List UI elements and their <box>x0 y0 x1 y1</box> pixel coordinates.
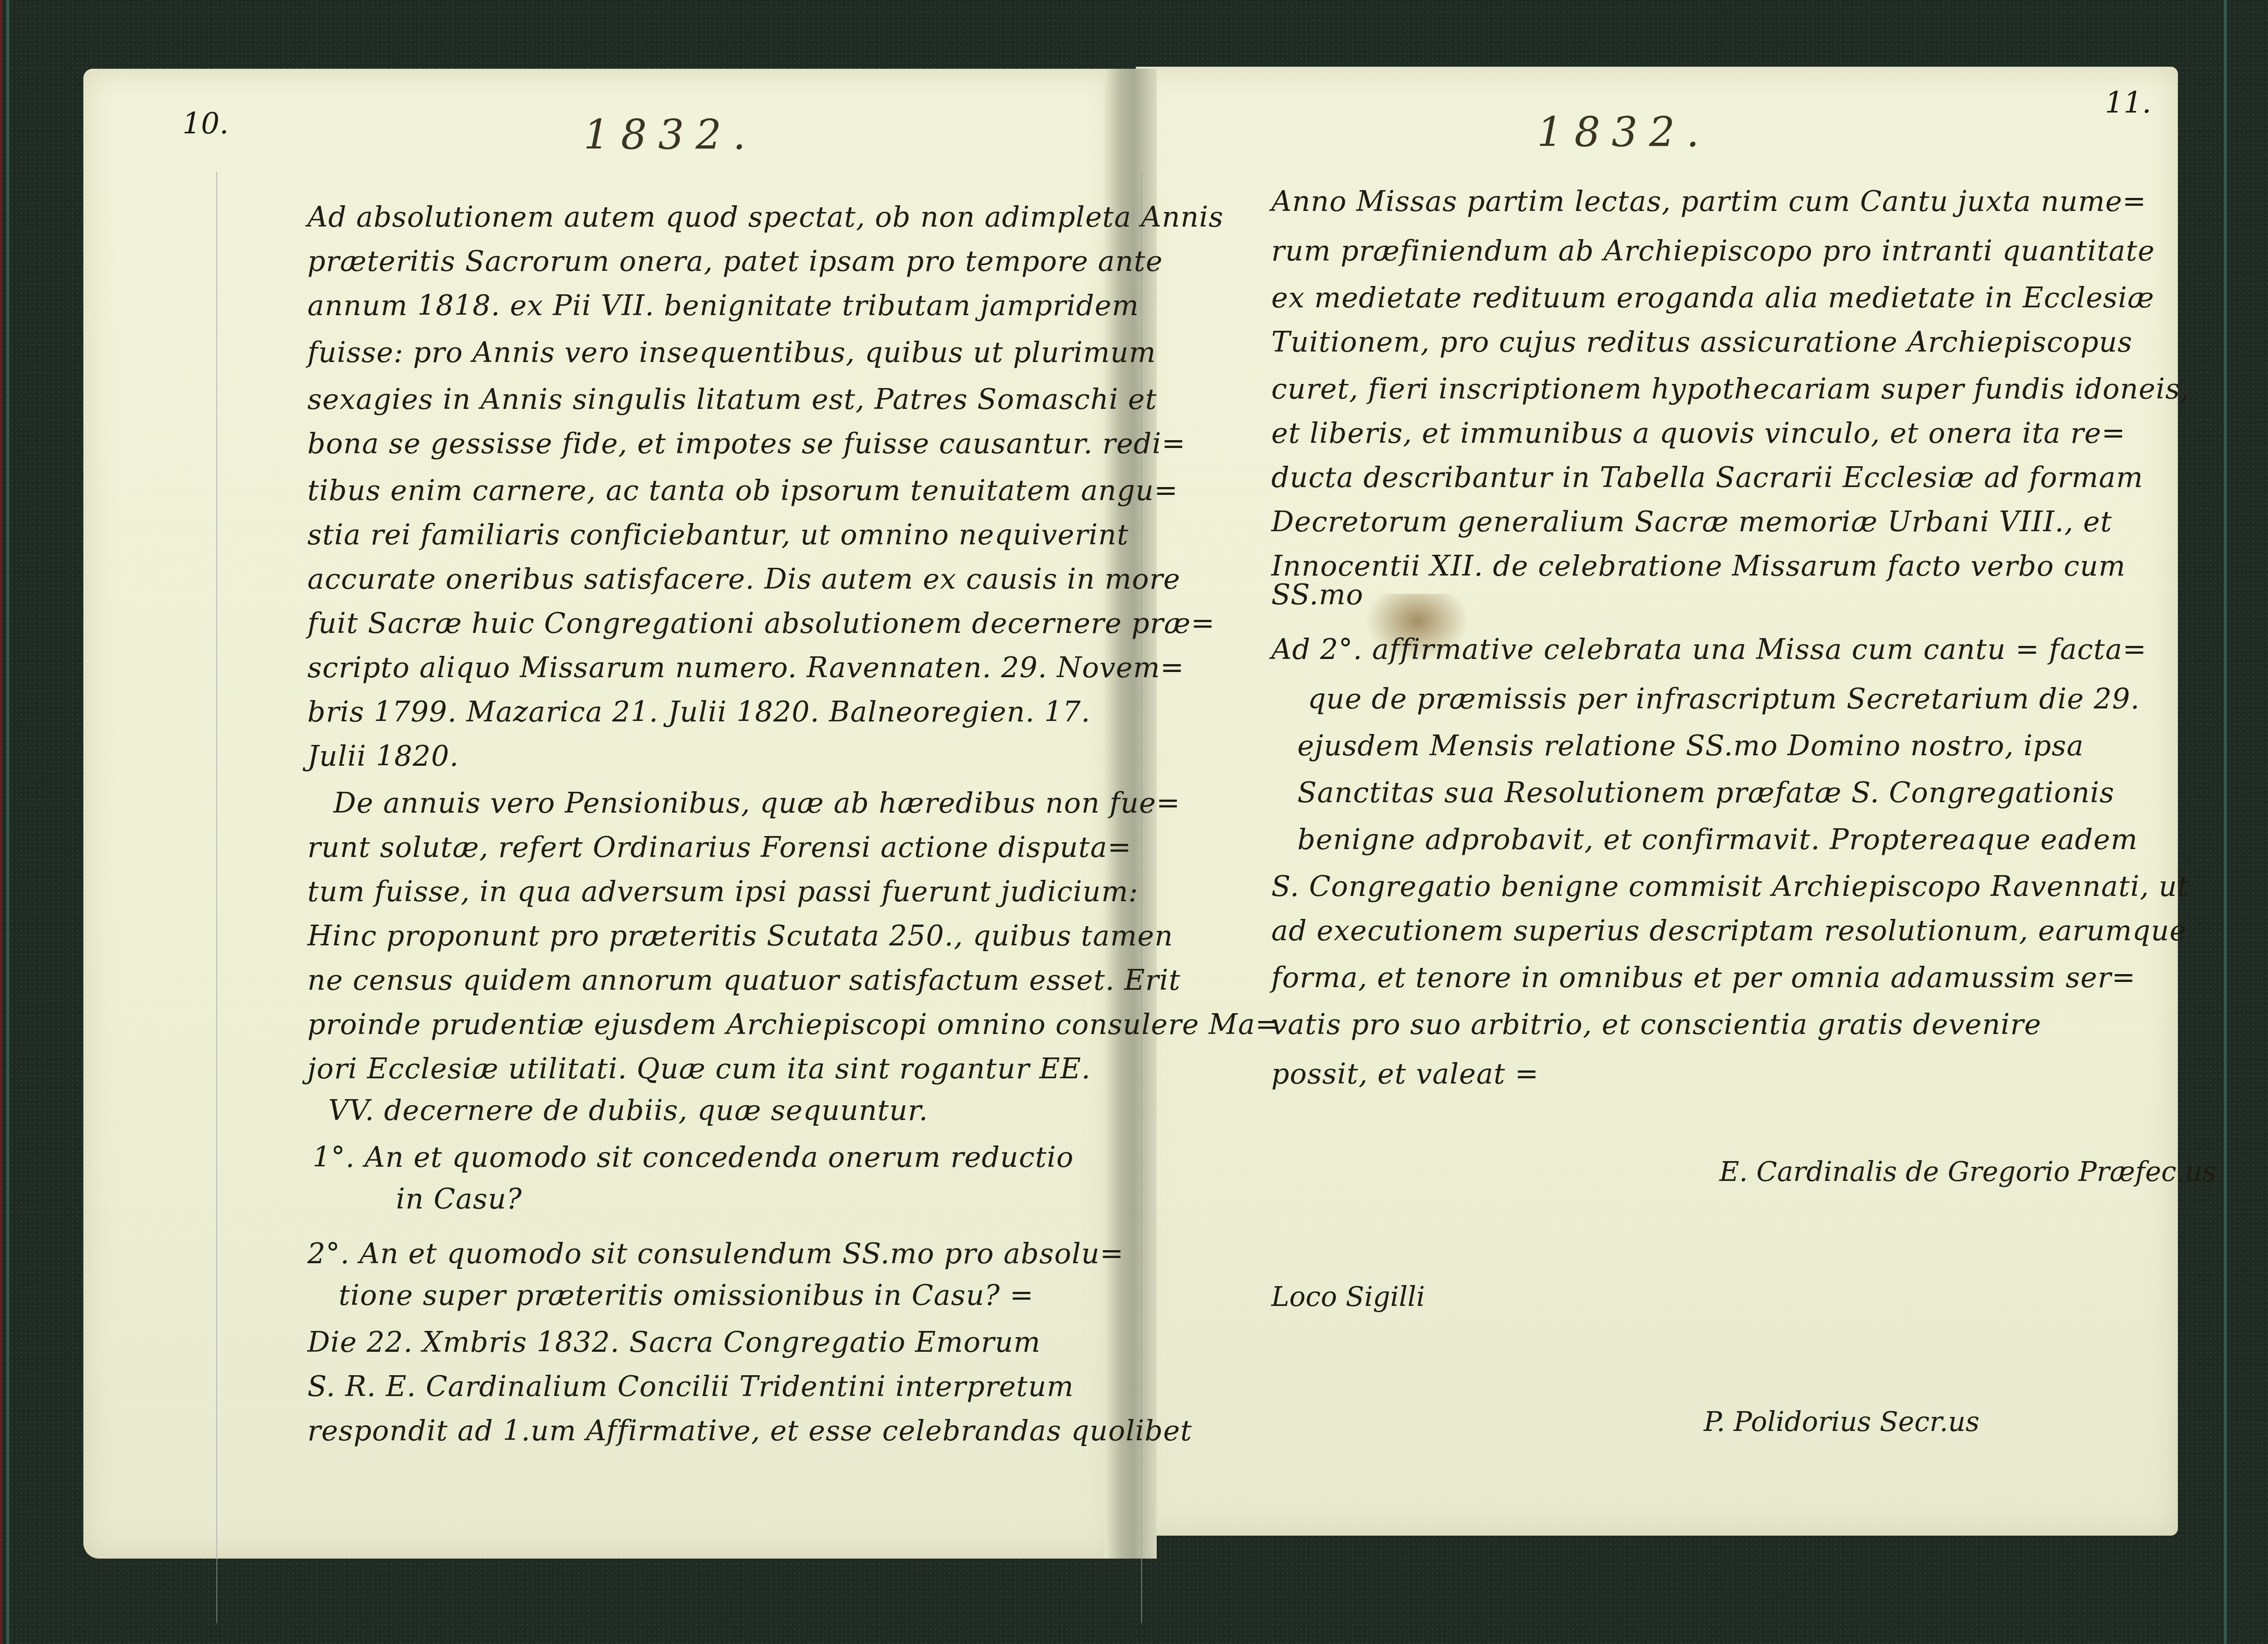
left-line-10: fuit Sacræ huic Congregationi absolution… <box>307 607 1215 640</box>
right-para2-line-6: S. Congregatio benigne commisit Archiepi… <box>1271 870 2189 903</box>
secretary-signature: P. Polidorius Secr.us <box>1704 1406 1979 1438</box>
left-line-4: fuisse: pro Annis vero insequentibus, qu… <box>307 336 1156 369</box>
left-line-13: Julii 1820. <box>307 740 459 773</box>
glass-plate-edge-left <box>6 0 9 1644</box>
right-line-9: Innocentii XII. de celebratione Missarum… <box>1271 550 2126 582</box>
right-line-7: ducta describantur in Tabella Sacrarii E… <box>1271 461 2143 494</box>
right-para2-line-10: possit, et valeat = <box>1271 1057 1539 1090</box>
left-line-6: bona se gessisse fide, et impotes se fui… <box>307 427 1186 460</box>
left-line-12: bris 1799. Mazarica 21. Julii 1820. Baln… <box>307 695 1090 728</box>
right-para2-line-4: Sanctitas sua Resolutionem præfatæ S. Co… <box>1297 776 2115 809</box>
right-line-4: Tuitionem, pro cujus reditus assicuratio… <box>1271 326 2133 358</box>
left-para2-line-8: VV. decernere de dubiis, quæ sequuntur. <box>328 1094 928 1127</box>
left-para2-line-6: proinde prudentiæ ejusdem Archiepiscopi … <box>307 1008 1280 1041</box>
left-line-5: sexagies in Annis singulis litatum est, … <box>307 383 1157 416</box>
right-line-10: SS.mo <box>1271 578 1364 611</box>
right-line-8: Decretorum generalium Sacræ memoriæ Urba… <box>1271 505 2112 538</box>
left-line-2: præteritis Sacrorum onera, patet ipsam p… <box>307 245 1163 278</box>
dubium-1-cont: in Casu? <box>396 1182 522 1215</box>
resolution-line-3: respondit ad 1.um Affirmative, et esse c… <box>307 1414 1192 1447</box>
right-line-1: Anno Missas partim lectas, partim cum Ca… <box>1271 185 2147 218</box>
right-line-3: ex medietate redituum eroganda alia medi… <box>1271 281 2154 314</box>
right-line-2: rum præfiniendum ab Archiepiscopo pro in… <box>1271 234 2155 267</box>
left-line-1: Ad absolutionem autem quod spectat, ob n… <box>307 201 1223 233</box>
left-line-7: tibus enim carnere, ac tanta ob ipsorum … <box>307 474 1178 507</box>
dubium-2: 2°. An et quomodo sit consulendum SS.mo … <box>307 1237 1124 1270</box>
left-para2-line-1: De annuis vero Pensionibus, quæ ab hæred… <box>333 787 1180 819</box>
left-para2-line-7: jori Ecclesiæ utilitati. Quæ cum ita sin… <box>307 1052 1091 1085</box>
prefect-signature: E. Cardinalis de Gregorio Præfec.us <box>1719 1156 2216 1188</box>
right-para2-line-9: vatis pro suo arbitrio, et conscientia g… <box>1271 1008 2041 1041</box>
left-line-9: accurate oneribus satisfacere. Dis autem… <box>307 563 1181 595</box>
left-margin-rule <box>216 172 217 1623</box>
resolution-line-2: S. R. E. Cardinalium Concilii Tridentini… <box>307 1370 1074 1403</box>
right-para2-line-7: ad executionem superius descriptam resol… <box>1271 914 2187 947</box>
left-line-3: annum 1818. ex Pii VII. benignitate trib… <box>307 289 1139 322</box>
right-line-5: curet, fieri inscriptionem hypothecariam… <box>1271 372 2190 405</box>
right-para2-line-8: forma, et tenore in omnibus et per omnia… <box>1271 961 2136 994</box>
loco-sigilli: Loco Sigilli <box>1271 1281 1425 1313</box>
dubium-2-cont: tione super præteritis omissionibus in C… <box>339 1279 1034 1312</box>
left-para2-line-2: runt solutæ, refert Ordinarius Forensi a… <box>307 831 1132 864</box>
left-line-11: scripto aliquo Missarum numero. Ravennat… <box>307 651 1184 684</box>
scanner-edge <box>0 0 2 1644</box>
right-line-6: et liberis, et immunibus a quovis vincul… <box>1271 417 2126 450</box>
right-para2-line-2: que de præmissis per infrascriptum Secre… <box>1308 682 2140 715</box>
left-para2-line-4: Hinc proponunt pro præteritis Scutata 25… <box>307 919 1173 952</box>
left-para2-line-3: tum fuisse, in qua adversum ipsi passi f… <box>307 875 1138 908</box>
left-para2-line-5: ne census quidem annorum quatuor satisfa… <box>307 964 1181 997</box>
right-para2-line-3: ejusdem Mensis relatione SS.mo Domino no… <box>1297 729 2084 762</box>
left-line-8: stia rei familiaris conficiebantur, ut o… <box>307 518 1129 551</box>
right-page-number: 11. <box>2105 86 2151 120</box>
left-year-header: 1832. <box>584 112 757 159</box>
right-para2-line-5: benigne adprobavit, et confirmavit. Prop… <box>1297 823 2138 856</box>
right-para2-line-1: Ad 2°. affirmative celebrata una Missa c… <box>1271 633 2147 666</box>
resolution-line-1: Die 22. Xmbris 1832. Sacra Congregatio E… <box>307 1326 1041 1359</box>
right-year-header: 1832. <box>1537 109 1711 156</box>
dubium-1: 1°. An et quomodo sit concedenda onerum … <box>313 1141 1074 1174</box>
left-page-number: 10. <box>182 107 229 141</box>
glass-plate-edge-right <box>2224 0 2227 1644</box>
